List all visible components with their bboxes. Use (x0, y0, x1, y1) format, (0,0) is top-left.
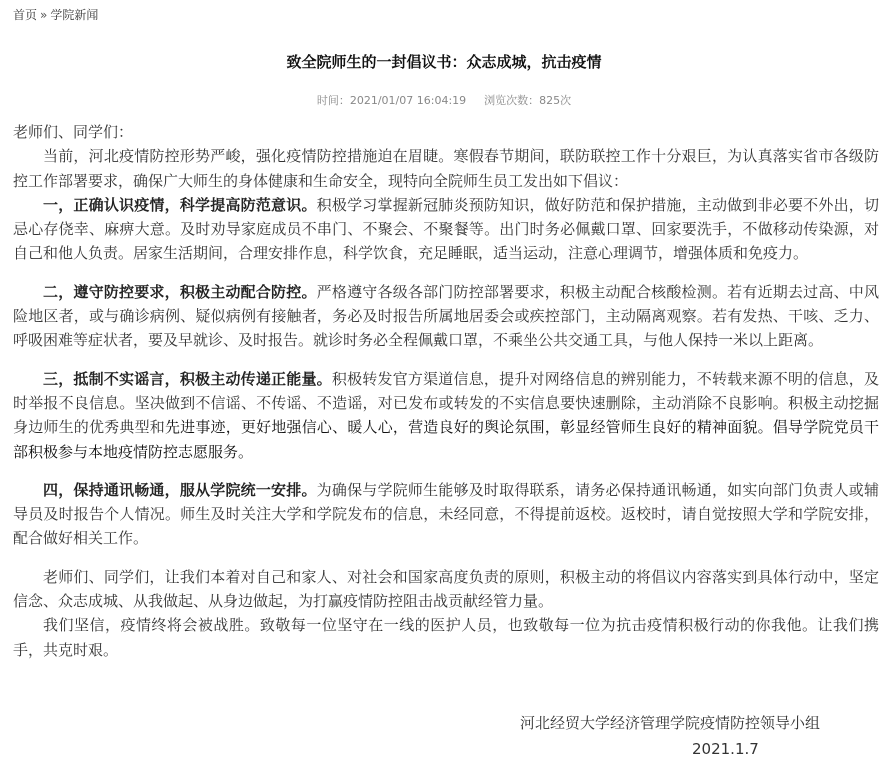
article-title: 致全院师生的一封倡议书：众志成城，抗击疫情 (0, 52, 888, 72)
section-paragraph-2: 二，遵守防控要求，积极主动配合防控。严格遵守各级各部门防控部署要求，积极主动配合… (13, 280, 879, 353)
salutation: 老师们、同学们： (13, 120, 879, 144)
section-paragraph-3: 三，抵制不实谣言，积极主动传递正能量。积极转发官方渠道信息，提升对网络信息的辨别… (13, 367, 879, 464)
closing-paragraph-2: 我们坚信，疫情终将会被战胜。致敬每一位坚守在一线的医护人员，也致敬每一位为抗击疫… (13, 613, 879, 662)
article-body: 老师们、同学们： 当前，河北疫情防控形势严峻，强化疫情防控措施迫在眉睫。寒假春节… (13, 120, 879, 662)
breadcrumb-home-link[interactable]: 首页 (13, 8, 37, 22)
signature-organization: 河北经贸大学经济管理学院疫情防控领导小组 (520, 712, 820, 734)
view-count-label: 浏览次数： (484, 94, 539, 107)
breadcrumb-separator: » (40, 8, 47, 22)
section-heading-3: 三，抵制不实谣言，积极主动传递正能量。 (43, 370, 332, 388)
section-heading-1: 一，正确认识疫情，科学提高防范意识。 (43, 196, 317, 214)
publish-time-label: 时间： (317, 94, 350, 107)
signature-date: 2021.1.7 (692, 738, 759, 760)
section-heading-4: 四，保持通讯畅通，服从学院统一安排。 (43, 481, 317, 499)
section-heading-2: 二，遵守防控要求，积极主动配合防控。 (43, 283, 317, 301)
intro-paragraph: 当前，河北疫情防控形势严峻，强化疫情防控措施迫在眉睫。寒假春节期间，联防联控工作… (13, 144, 879, 193)
article-meta: 时间：2021/01/07 16:04:19浏览次数：825次 (0, 93, 888, 109)
breadcrumb-college-news-link[interactable]: 学院新闻 (50, 8, 98, 22)
publish-time-value: 2021/01/07 16:04:19 (350, 94, 466, 107)
view-count-value: 825次 (539, 94, 571, 107)
section-paragraph-4: 四，保持通讯畅通，服从学院统一安排。为确保与学院师生能够及时取得联系，请务必保持… (13, 478, 879, 551)
closing-paragraph-1: 老师们、同学们，让我们本着对自己和家人、对社会和国家高度负责的原则，积极主动的将… (13, 565, 879, 614)
breadcrumb: 首页»学院新闻 (13, 7, 98, 23)
section-paragraph-1: 一，正确认识疫情，科学提高防范意识。积极学习掌握新冠肺炎预防知识，做好防范和保护… (13, 193, 879, 266)
